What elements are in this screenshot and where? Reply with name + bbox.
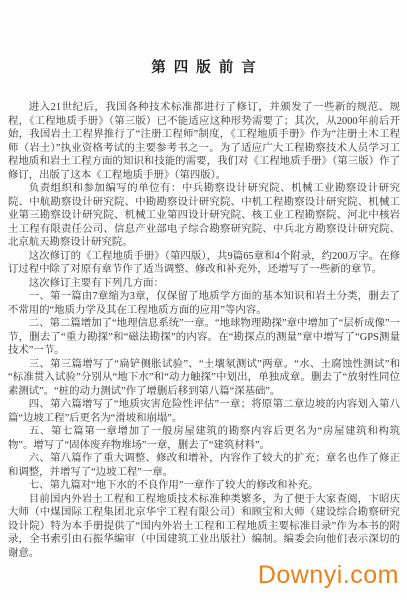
scanned-document-page: 第四版前言 进入21世纪后，我国各种技术标准都进行了修订，并颁发了一些新的规范、… [0,0,407,600]
paragraph: 这次修订主要有下列几方面： [8,277,400,291]
paragraph: 五、第七篇第一章增加了一般房屋建筑的勘察内容后更名为“房屋建筑和构筑物”。增写了… [8,425,400,452]
downyi-watermark: Downyi.com [258,561,399,590]
preface-body: 进入21世纪后，我国各种技术标准都进行了修订，并颁发了一些新的规范、规程，《工程… [8,101,400,560]
paragraph: 这次修订的《工程地质手册》（第四版），共9篇65章和4个附录，约200万字。在修… [8,250,400,277]
paragraph: 负责组织和参加编写的单位有：中兵勘察设计研究院、机械工业勘察设计研究院、中航勘察… [8,182,400,250]
paragraph: 六、第八篇作了重大调整、修改和增补，内容作了较大的扩充；章名也作了修正和调整，并… [8,452,400,479]
paragraph: 四、第六篇增写了“地质灾害危险性评估”一章；将原第二章边坡的内容划入第八篇“边坡… [8,398,400,425]
paragraph: 一、第一篇由7章缩为3章，仅保留了地质学方面的基本知识和岩土分类，删去了不常用的… [8,290,400,317]
paragraph: 二、第二篇增加了“地理信息系统”一章。“地球物理勘探”章中增加了“层析成像”一节… [8,317,400,358]
paragraph: 进入21世纪后，我国各种技术标准都进行了修订，并颁发了一些新的规范、规程，《工程… [8,101,400,182]
paragraph: 目前国内外岩土工程和工程地质技术标准种类繁多，为了便于大家查阅，卞昭庆大师（中煤… [8,493,400,561]
paragraph: 七、第九篇对“地下水的不良作用”一章作了较大的修改和补充。 [8,479,400,493]
paragraph: 三、第三篇增写了“扁铲侧胀试验”、“土壤氡测试”两章。“水、土腐蚀性测试”和“标… [8,358,400,399]
page-title: 第四版前言 [0,0,407,77]
